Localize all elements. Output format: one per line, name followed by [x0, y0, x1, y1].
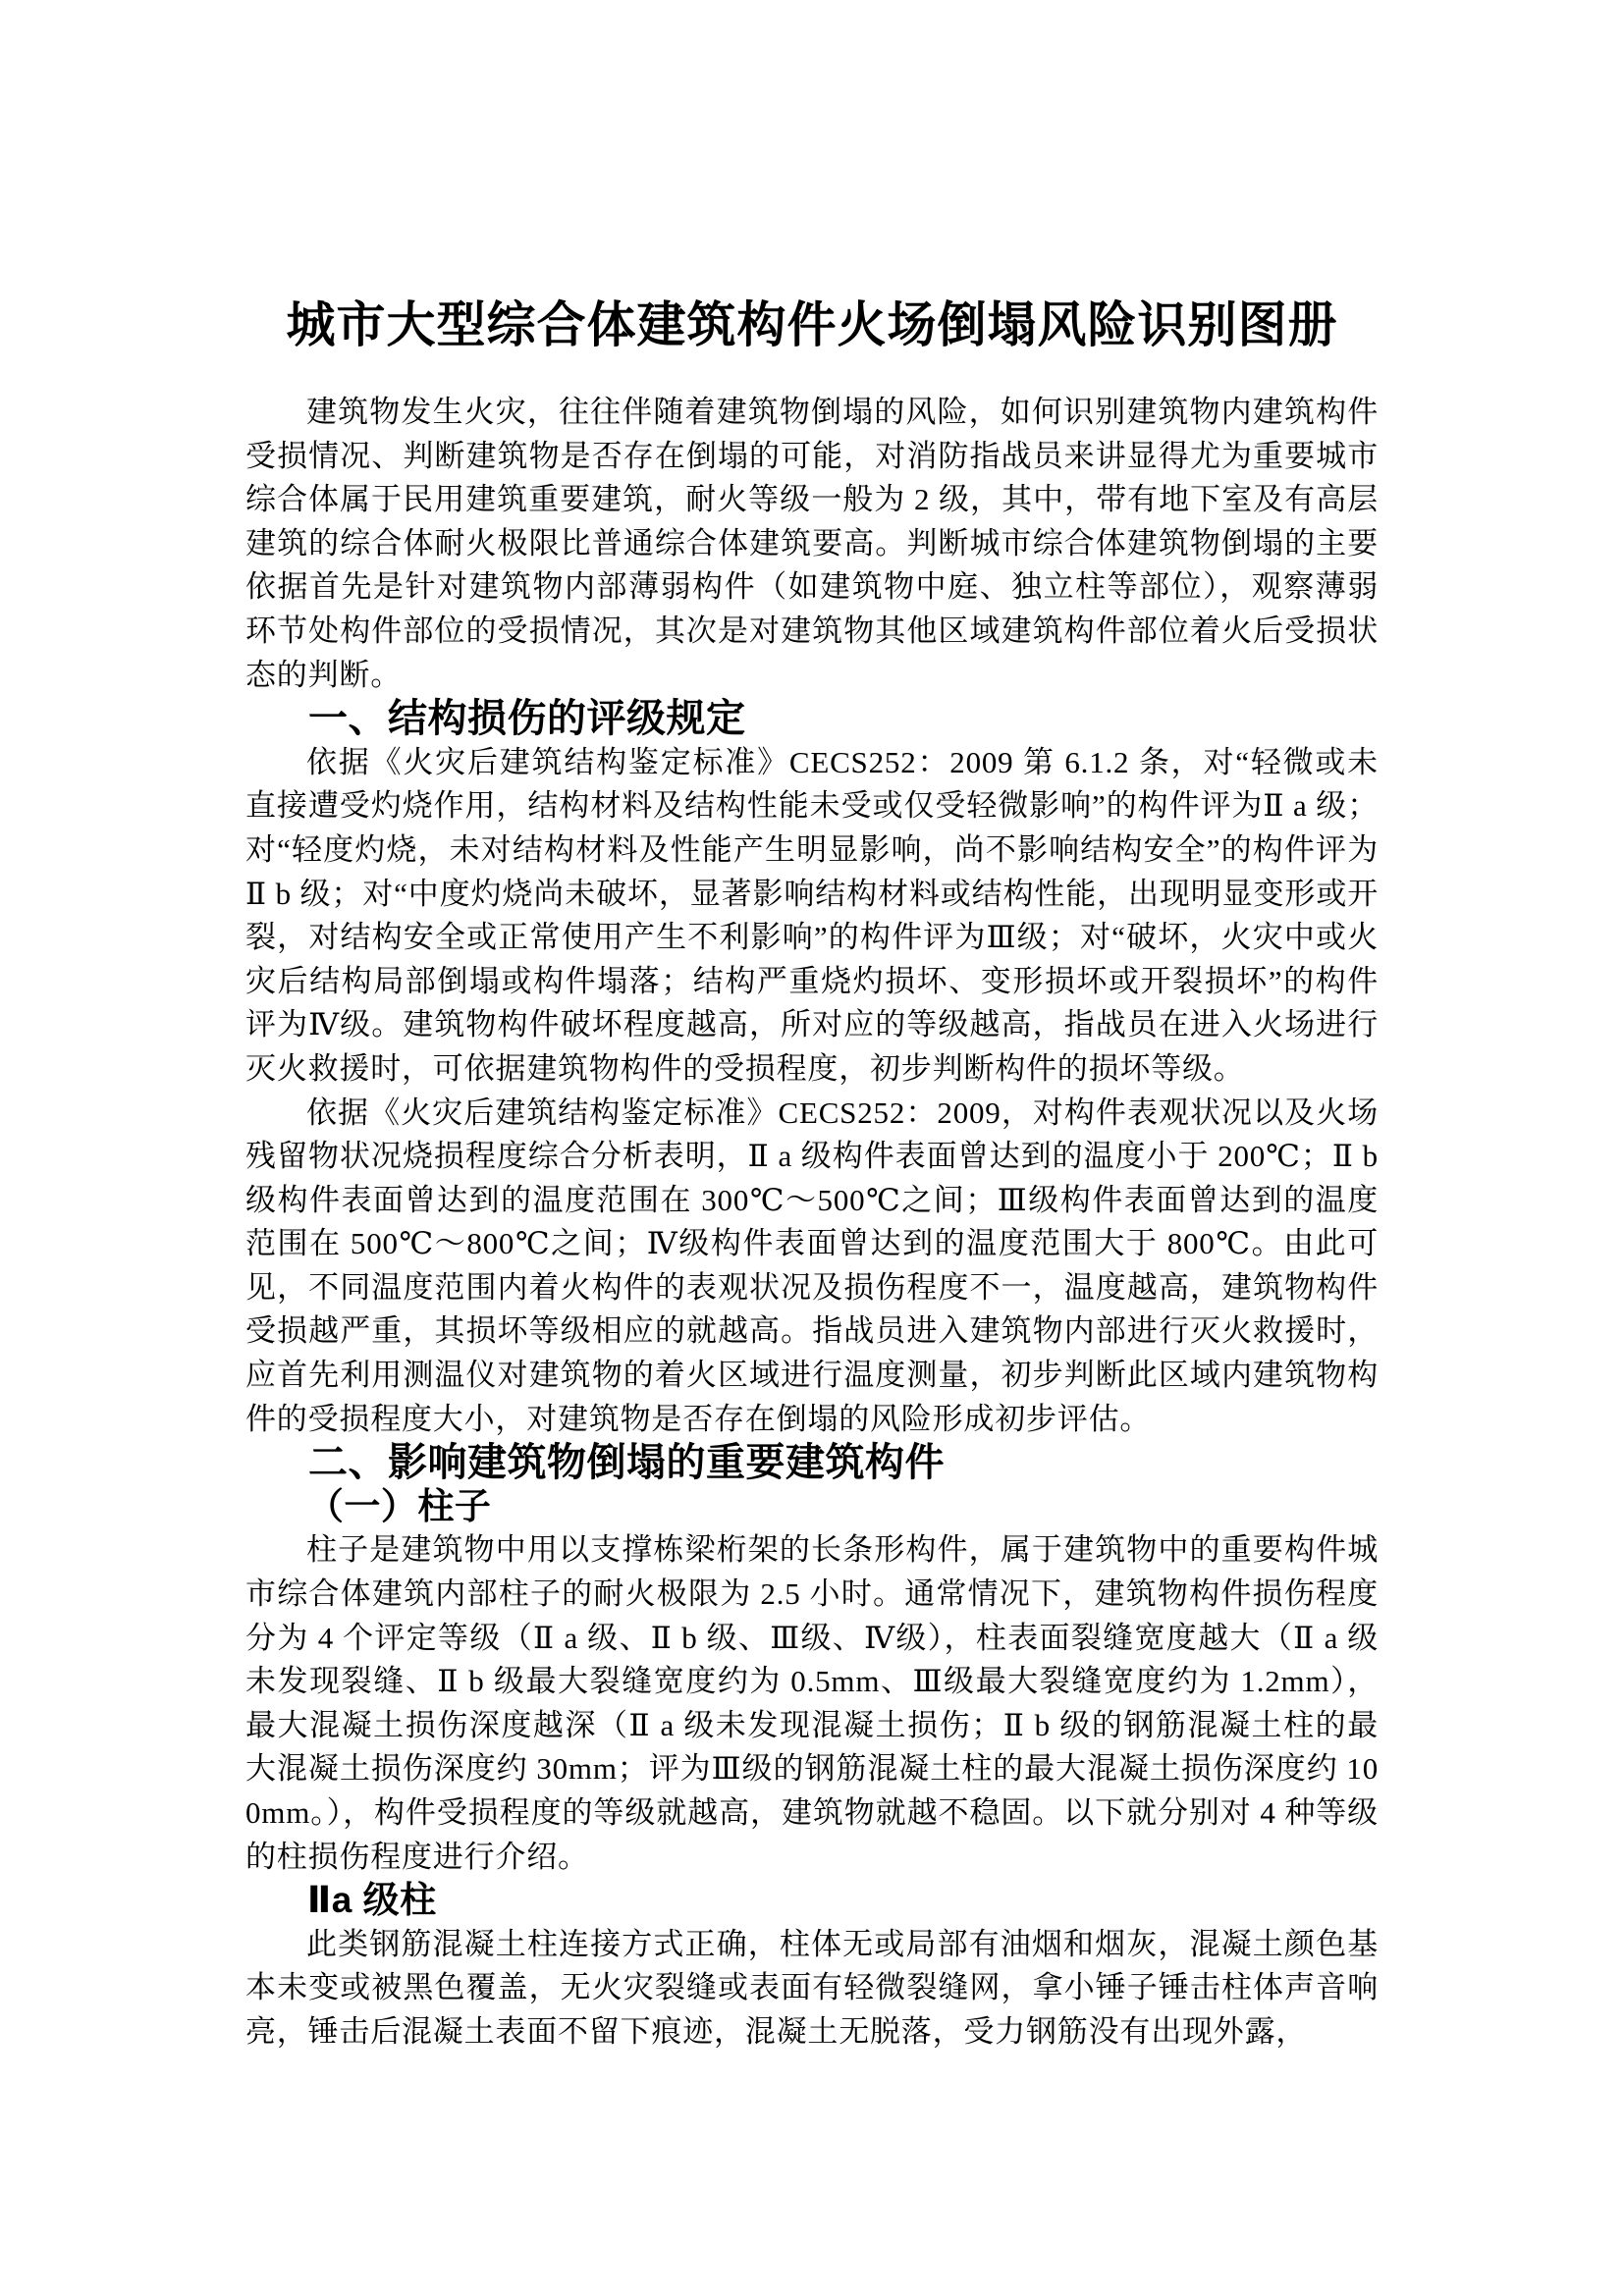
document-page: 城市大型综合体建筑构件火场倒塌风险识别图册 建筑物发生火灾，往往伴随着建筑物倒塌…	[0, 0, 1624, 2296]
section-1-paragraph-2: 依据《火灾后建筑结构鉴定标准》CECS252：2009，对构件表观状况以及火场残…	[245, 1092, 1379, 1442]
grade-2a-paragraph: 此类钢筋混凝土柱连接方式正确，柱体无或局部有油烟和烟灰，混凝土颜色基本未变或被黑…	[245, 1923, 1379, 2055]
document-content: 城市大型综合体建筑构件火场倒塌风险识别图册 建筑物发生火灾，往往伴随着建筑物倒塌…	[245, 0, 1379, 2055]
grade-2a-column-heading: Ⅱa 级柱	[245, 1879, 1379, 1923]
section-2-heading: 二、影响建筑物倒塌的重要建筑构件	[245, 1441, 1379, 1485]
section-1-heading: 一、结构损伤的评级规定	[245, 697, 1379, 741]
document-title: 城市大型综合体建筑构件火场倒塌风险识别图册	[245, 0, 1379, 363]
section-1-paragraph-1: 依据《火灾后建筑结构鉴定标准》CECS252：2009 第 6.1.2 条，对“…	[245, 741, 1379, 1092]
column-overview-paragraph: 柱子是建筑物中用以支撑栋梁桁架的长条形构件，属于建筑物中的重要构件城市综合体建筑…	[245, 1528, 1379, 1879]
intro-paragraph: 建筑物发生火灾，往往伴随着建筑物倒塌的风险，如何识别建筑物内建筑构件受损情况、判…	[245, 391, 1379, 697]
subsection-column-heading: （一）柱子	[245, 1485, 1379, 1529]
